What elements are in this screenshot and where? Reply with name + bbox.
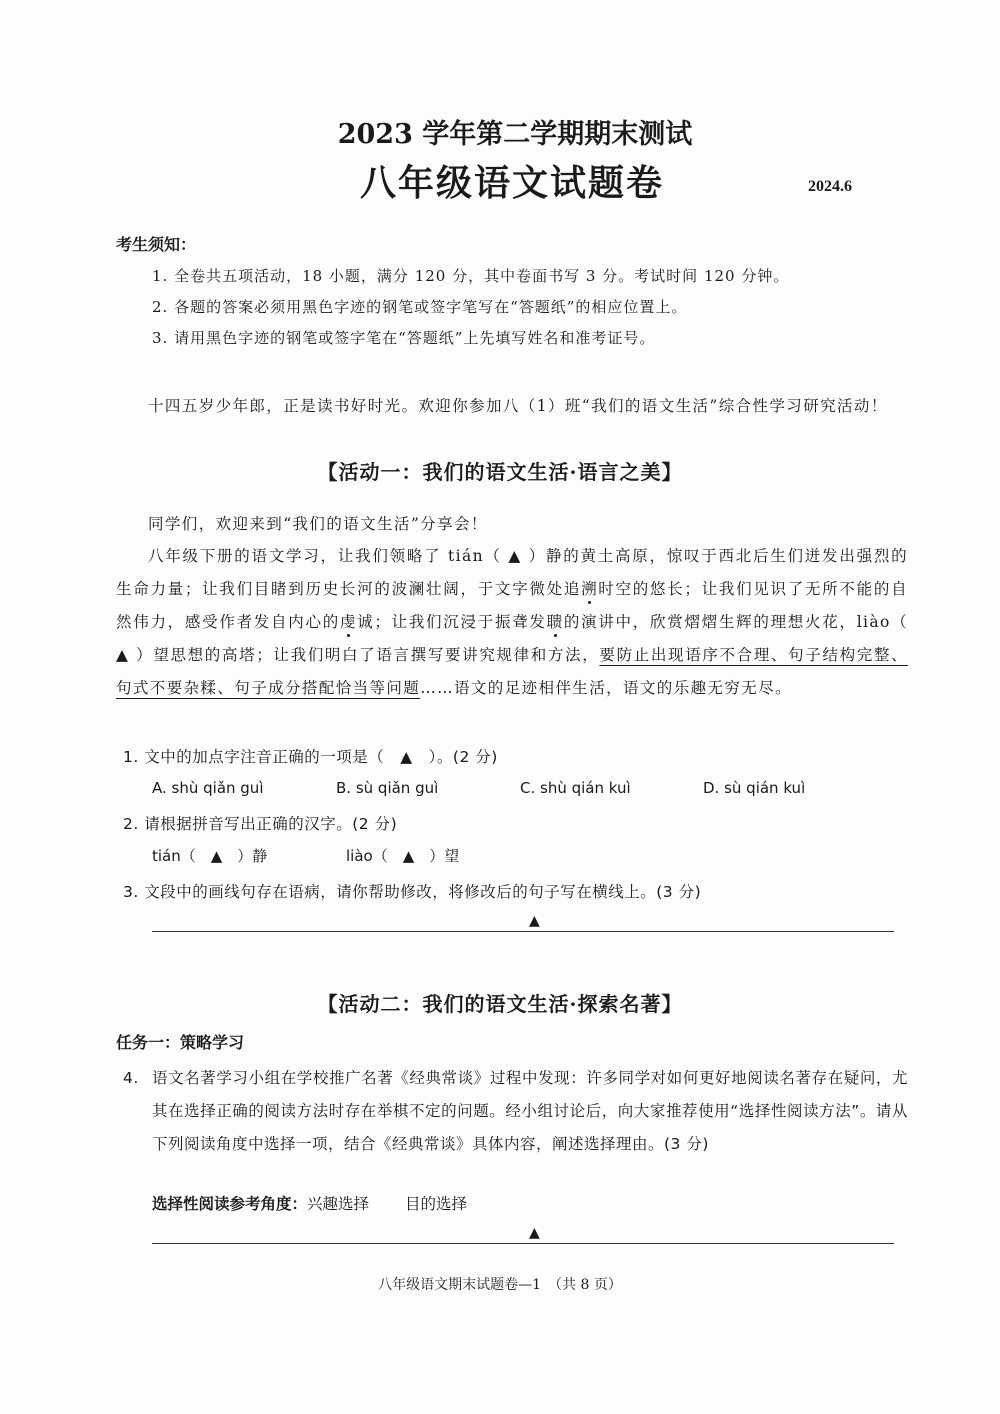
passage-text: 诚；让我们沉浸于振聋发 (357, 613, 546, 631)
question-number: 1. (123, 748, 139, 766)
question-4: 4. 语文名著学习小组在学校推广名著《经典常谈》过程中发现：许多同学对如何更好地… (123, 1062, 908, 1161)
notice-heading: 考生须知： (116, 232, 196, 255)
question-2: 2. 请根据拼音写出正确的汉字。(2 分) (123, 812, 397, 834)
question-text: 文中的加点字注音正确的一项是（ ▲ ）。(2 分) (144, 748, 498, 766)
option-c: C. shù qián kuì (520, 779, 631, 797)
answer-marker-triangle-icon: ▲ (529, 913, 540, 929)
angle-interest: 兴趣选择 (307, 1195, 369, 1213)
exam-title-line2: 八年级语文试题卷 (360, 155, 664, 206)
dotted-char-su: 溯 (581, 580, 598, 598)
notice-item-3: 3. 请用黑色字迹的钢笔或签字笔在“答题纸”上先填写姓名和准考证号。 (152, 327, 655, 348)
page-footer: 八年级语文期末试题卷—1 （共 8 页） (0, 1274, 1000, 1294)
exam-date: 2024.6 (808, 178, 852, 196)
answer-line-q3[interactable] (152, 931, 894, 932)
task1-heading: 任务一：策略学习 (116, 1030, 244, 1053)
intro-paragraph: 十四五岁少年郎，正是读书好时光。欢迎你参加八（1）班“我们的语文生活”综合性学习… (116, 390, 908, 422)
activity1-passage: 八年级下册的语文学习，让我们领略了 tián（ ▲ ）静的黄土高原，惊叹于西北后… (116, 540, 908, 705)
answer-line-q4[interactable] (152, 1243, 894, 1244)
pinyin-blank-liao: liào（ ▲ ）望 (346, 845, 459, 866)
reading-angles: 选择性阅读参考角度：兴趣选择目的选择 (152, 1192, 467, 1214)
question-number: 4. (123, 1062, 139, 1095)
question-number: 3. (123, 883, 139, 901)
pinyin-blank-tian: tián（ ▲ ）静 (152, 845, 267, 866)
notice-item-2: 2. 各题的答案必须用黑色字迹的钢笔或签字笔写在“答题纸”的相应位置上。 (152, 296, 687, 317)
activity1-title: 【活动一：我们的语文生活·语言之美】 (0, 456, 1000, 485)
activity2-title: 【活动二：我们的语文生活·探索名著】 (0, 988, 1000, 1017)
passage-text: ……语文的足迹相伴生活，语文的乐趣无穷无尽。 (420, 679, 792, 697)
angle-purpose: 目的选择 (405, 1195, 467, 1213)
option-d: D. sù qián kuì (703, 779, 805, 797)
question-1: 1. 文中的加点字注音正确的一项是（ ▲ ）。(2 分) (123, 745, 498, 767)
exam-title-line1: 2023 学年第二学期期末测试 (0, 112, 1000, 151)
option-b: B. sù qiǎn guì (336, 779, 438, 797)
question-text: 语文名著学习小组在学校推广名著《经典常谈》过程中发现：许多同学对如何更好地阅读名… (123, 1062, 908, 1161)
answer-marker-triangle-icon: ▲ (529, 1225, 540, 1241)
question-3: 3. 文段中的画线句存在语病，请你帮助修改，将修改后的句子写在横线上。(3 分) (123, 880, 701, 902)
angles-label: 选择性阅读参考角度： (152, 1195, 307, 1213)
question-text: 文段中的画线句存在语病，请你帮助修改，将修改后的句子写在横线上。(3 分) (144, 883, 701, 901)
dotted-char-qian: 虔 (340, 613, 357, 631)
option-a: A. shù qiǎn guì (152, 779, 263, 797)
notice-item-1: 1. 全卷共五项活动，18 小题，满分 120 分，其中卷面书写 3 分。考试时… (152, 265, 789, 286)
question-number: 2. (123, 815, 139, 833)
dotted-char-kui: 聩 (547, 613, 564, 631)
question-text: 请根据拼音写出正确的汉字。(2 分) (144, 815, 397, 833)
activity1-greeting: 同学们，欢迎来到“我们的语文生活”分享会！ (116, 508, 908, 541)
